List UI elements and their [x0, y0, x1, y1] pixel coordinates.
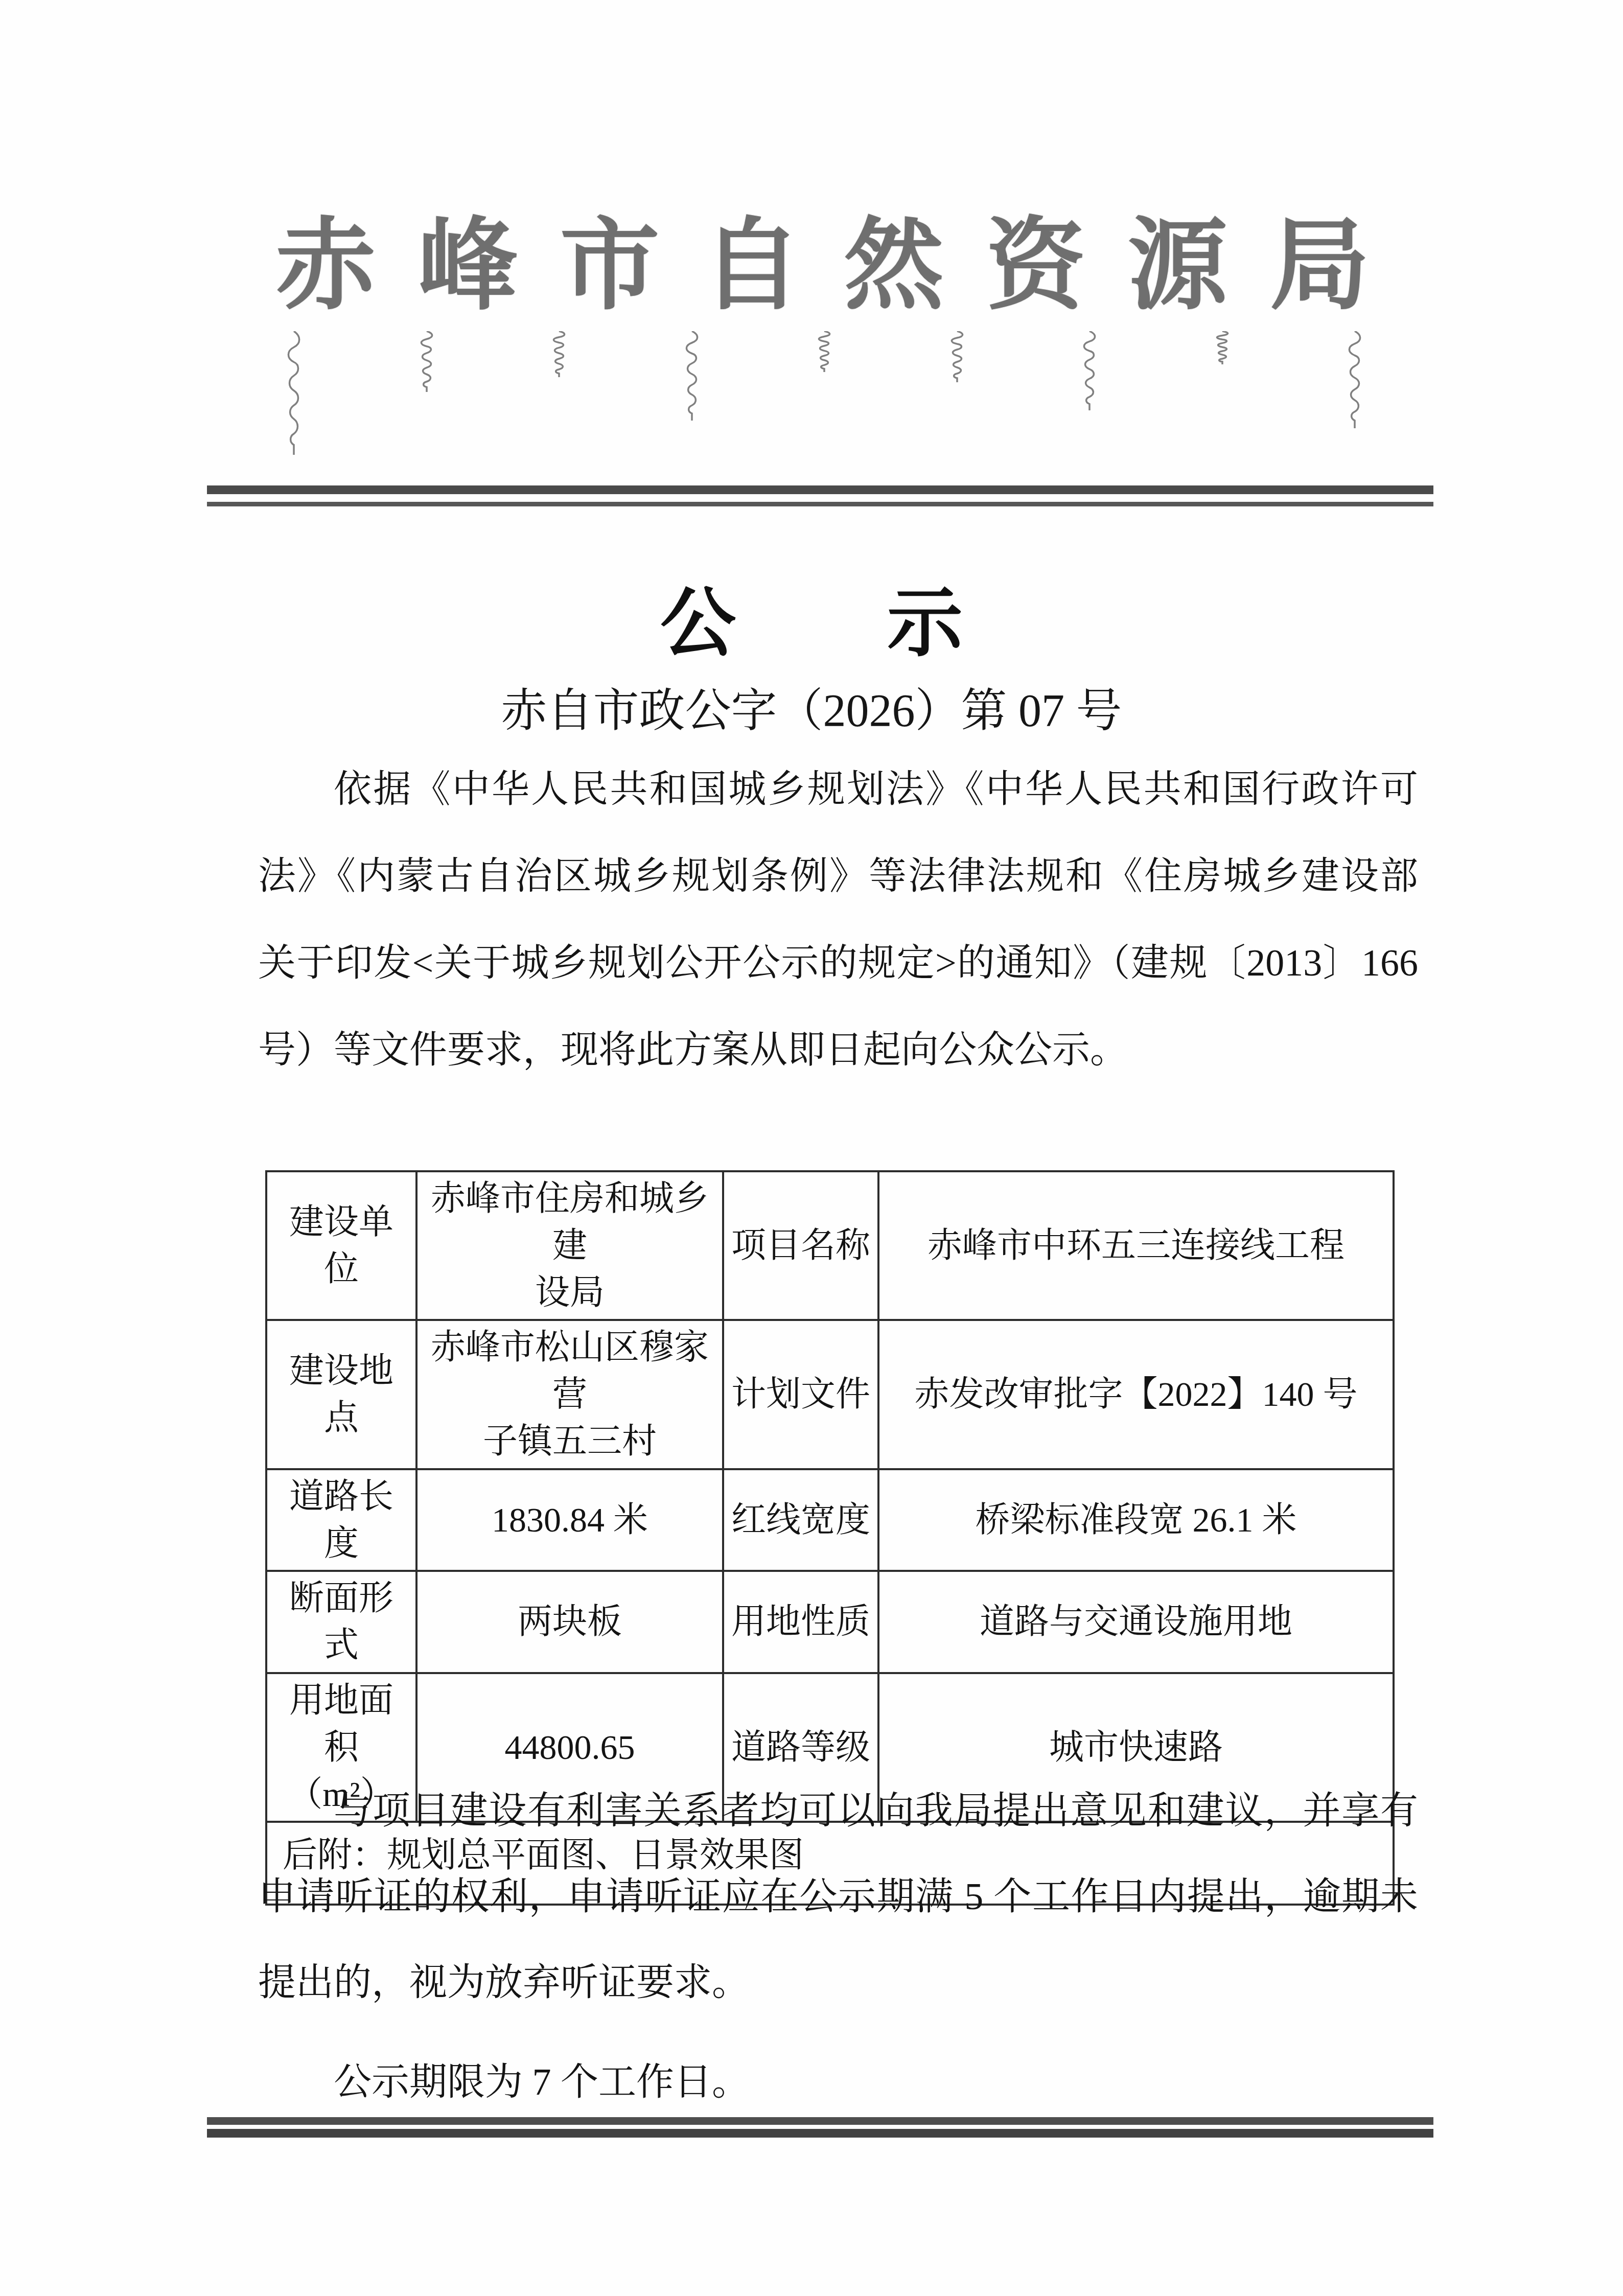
paragraph-line: 申请听证的权利，申请听证应在公示期满 5 个工作日内提出，逾期未 — [258, 1854, 1418, 1940]
construction-unit-value: 赤峰市住房和城乡建 设局 — [416, 1171, 723, 1320]
paragraph-line: 提出的，视为放弃听证要求。 — [258, 1940, 1418, 2026]
agency-char: 市 — [560, 217, 660, 317]
mongolian-script-icon — [1081, 331, 1098, 410]
mongolian-script-icon — [550, 331, 568, 377]
construction-unit-label: 建设单位 — [266, 1171, 416, 1320]
agency-char: 赤 — [276, 217, 376, 317]
mongolian-script-icon — [948, 331, 966, 382]
hearing-rights-paragraph: 与项目建设有利害关系者均可以向我局提出意见和建议，并享有 申请听证的权利，申请听… — [258, 1768, 1418, 2026]
mongolian-script-icon — [418, 331, 435, 392]
notice-title: 公 示 — [0, 583, 1623, 666]
project-name-value: 赤峰市中环五三连接线工程 — [878, 1171, 1394, 1320]
header-divider-thin — [207, 502, 1433, 506]
section-form-value: 两块板 — [416, 1571, 723, 1673]
legal-basis-paragraph: 依据《中华人民共和国城乡规划法》《中华人民共和国行政许可 法》《内蒙古自治区城乡… — [258, 746, 1418, 1094]
plan-document-value: 赤发改审批字【2022】140 号 — [878, 1320, 1394, 1469]
paragraph-line: 依据《中华人民共和国城乡规划法》《中华人民共和国行政许可 — [258, 746, 1418, 833]
construction-site-value: 赤峰市松山区穆家营 子镇五三村 — [416, 1320, 723, 1469]
road-length-value: 1830.84 米 — [416, 1469, 723, 1571]
paragraph-line: 公示期限为 7 个工作日。 — [258, 2039, 1418, 2126]
project-name-label: 项目名称 — [723, 1171, 878, 1320]
section-form-label: 断面形式 — [266, 1571, 416, 1673]
paragraph-line: 关于印发<关于城乡规划公开公示的规定>的通知》（建规〔2013〕166 — [258, 920, 1418, 1007]
footer-divider-thin — [207, 2117, 1433, 2125]
table-row: 道路长度 1830.84 米 红线宽度 桥梁标准段宽 26.1 米 — [266, 1469, 1394, 1571]
land-use-nature-label: 用地性质 — [723, 1571, 878, 1673]
scanned-notice-page: 赤 峰 市 自 然 资 源 局 公 示 赤自市政公字（2026）第 07 号 依… — [0, 0, 1623, 2296]
mongolian-script-icon — [816, 331, 833, 372]
land-use-nature-value: 道路与交通设施用地 — [878, 1571, 1394, 1673]
paragraph-line: 号）等文件要求，现将此方案从即日起向公众公示。 — [258, 1007, 1418, 1094]
doc-number: 赤自市政公字（2026）第 07 号 — [0, 684, 1623, 739]
footer-divider-thick — [207, 2129, 1433, 2138]
construction-site-label: 建设地点 — [266, 1320, 416, 1469]
agency-char: 自 — [702, 217, 802, 317]
agency-char: 源 — [1128, 217, 1227, 317]
mongolian-script-row — [285, 331, 1363, 455]
agency-char: 局 — [1270, 217, 1370, 317]
mongolian-script-icon — [1214, 331, 1231, 364]
table-row: 断面形式 两块板 用地性质 道路与交通设施用地 — [266, 1571, 1394, 1673]
table-row: 建设地点 赤峰市松山区穆家营 子镇五三村 计划文件 赤发改审批字【2022】14… — [266, 1320, 1394, 1469]
header-divider-thick — [207, 485, 1433, 494]
agency-char: 资 — [986, 217, 1085, 317]
agency-name-header: 赤 峰 市 自 然 资 源 局 — [276, 217, 1370, 317]
agency-char: 然 — [844, 217, 943, 317]
mongolian-script-icon — [1346, 331, 1363, 428]
notice-period-paragraph: 公示期限为 7 个工作日。 — [258, 2039, 1418, 2126]
agency-char: 峰 — [418, 217, 518, 317]
road-length-label: 道路长度 — [266, 1469, 416, 1571]
mongolian-script-icon — [285, 331, 303, 455]
mongolian-script-icon — [683, 331, 701, 421]
paragraph-line: 与项目建设有利害关系者均可以向我局提出意见和建议，并享有 — [258, 1768, 1418, 1854]
table-row: 建设单位 赤峰市住房和城乡建 设局 项目名称 赤峰市中环五三连接线工程 — [266, 1171, 1394, 1320]
red-line-width-label: 红线宽度 — [723, 1469, 878, 1571]
plan-document-label: 计划文件 — [723, 1320, 878, 1469]
red-line-width-value: 桥梁标准段宽 26.1 米 — [878, 1469, 1394, 1571]
paragraph-line: 法》《内蒙古自治区城乡规划条例》等法律法规和《住房城乡建设部 — [258, 833, 1418, 920]
